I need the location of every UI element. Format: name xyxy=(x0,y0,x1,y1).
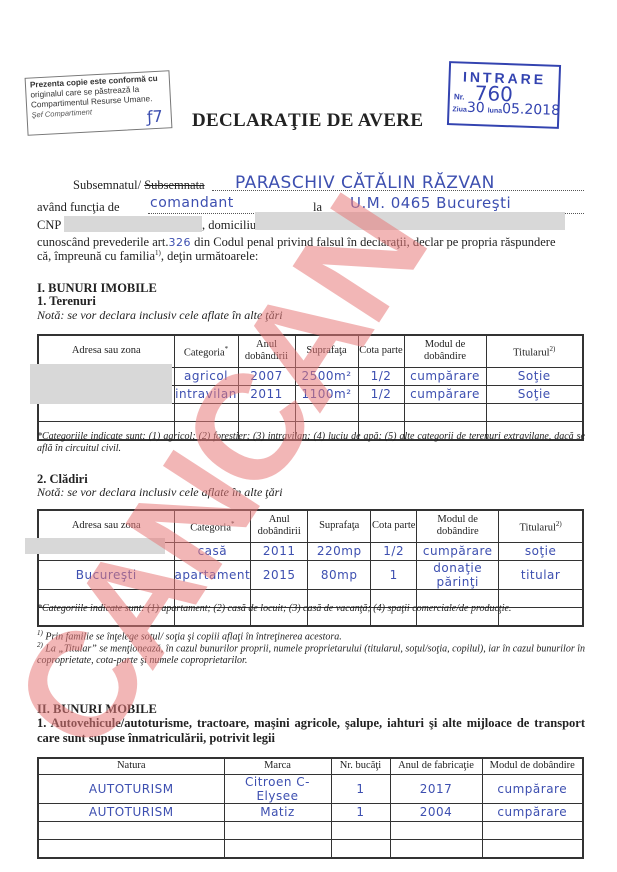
redacted-address xyxy=(255,212,565,230)
table-cell: 1/2 xyxy=(358,385,404,403)
table-cell: 2007 xyxy=(238,367,295,385)
table-cell: 1100m² xyxy=(295,385,358,403)
table-cell: agricol xyxy=(174,367,238,385)
table-cell: Matiz xyxy=(224,803,331,821)
family-line: că, împreună cu familia1), deţin următoa… xyxy=(37,249,258,264)
table-row xyxy=(38,821,583,839)
table-row: AUTOTURISMCitroen C-Elysee12017cumpărare xyxy=(38,774,583,803)
table-cell: cumpărare xyxy=(482,803,583,821)
table-cell xyxy=(404,403,486,421)
table-cell: 1/2 xyxy=(358,367,404,385)
functia-value: comandant xyxy=(150,195,234,211)
table-cell: 1 xyxy=(371,560,417,589)
table-cell: Citroen C-Elysee xyxy=(224,774,331,803)
table-cell: 2015 xyxy=(251,560,308,589)
column-header: Titularul2) xyxy=(499,510,583,542)
column-header: Cota parte xyxy=(371,510,417,542)
subsemnatul-label: Subsemnatul/ xyxy=(73,178,141,192)
column-header: Anul dobândirii xyxy=(251,510,308,542)
subsemnata-label: Subsemnata xyxy=(144,178,204,192)
table-cell xyxy=(482,839,583,858)
table-row: Bucureştiapartament201580mp1donaţie pări… xyxy=(38,560,583,589)
table-row xyxy=(38,403,583,421)
table-cell: Soţie xyxy=(486,385,583,403)
declaration-line: cunoscând prevederile art.326 din Codul … xyxy=(37,235,587,250)
terenuri-heading: 1. Terenuri xyxy=(37,294,96,309)
table-cell: 1 xyxy=(331,803,390,821)
column-header: Anul de fabricaţie xyxy=(390,758,482,774)
table-cell: 1 xyxy=(331,774,390,803)
table-cell: cumpărare xyxy=(482,774,583,803)
signature: ƒ7 xyxy=(147,112,163,123)
column-header: Suprafaţa xyxy=(295,335,358,367)
registry-stamp: INTRARE Nr.760 Ziua30luna05.2018 xyxy=(447,61,561,129)
declarant-name: PARASCHIV CĂTĂLIN RĂZVAN xyxy=(235,173,495,193)
table-cell: apartament xyxy=(174,560,251,589)
table-cell xyxy=(174,403,238,421)
month-value: 05.2018 xyxy=(502,101,560,119)
day-label: Ziua xyxy=(452,106,467,113)
table-header-row: Adresa sau zonaCategoria*Anul dobândirii… xyxy=(38,335,583,367)
footnote-2-text: La „Titular” se menţionează, în cazul bu… xyxy=(37,643,585,666)
table-cell: cumpărare xyxy=(404,385,486,403)
column-header: Categoria* xyxy=(174,510,251,542)
redacted-building-address xyxy=(25,538,165,554)
table-cell: 220mp xyxy=(308,542,371,560)
redacted-land-address xyxy=(30,364,172,404)
table-cell: donaţie părinţi xyxy=(417,560,499,589)
table-cell: 2004 xyxy=(390,803,482,821)
table-cell xyxy=(358,403,404,421)
column-header: Marca xyxy=(224,758,331,774)
table-cell: soţie xyxy=(499,542,583,560)
table-cell xyxy=(224,821,331,839)
la-value: U.M. 0465 Bucureşti xyxy=(350,194,511,212)
copy-conformity-stamp: Prezenta copie este conformă cu original… xyxy=(25,70,173,136)
section-mobile-heading: II. BUNURI MOBILE xyxy=(37,702,157,717)
cnp-label: CNP xyxy=(37,218,61,233)
domiciliu-label: , domiciliu xyxy=(202,218,256,233)
table-cell: intravilan xyxy=(174,385,238,403)
table-cell: 1/2 xyxy=(371,542,417,560)
table-cell xyxy=(238,403,295,421)
day-value: 30 xyxy=(467,100,485,117)
table-row xyxy=(38,839,583,858)
table-cell xyxy=(224,839,331,858)
column-header: Natura xyxy=(38,758,224,774)
column-header: Modul de dobândire xyxy=(417,510,499,542)
column-header: Titularul2) xyxy=(486,335,583,367)
terenuri-footnote: *Categoriile indicate sunt: (1) agricol;… xyxy=(37,431,585,455)
column-header: Categoria* xyxy=(174,335,238,367)
article-number: 326 xyxy=(169,236,192,249)
cladiri-footnote: *Categoriile indicate sunt: (1) apartame… xyxy=(37,603,511,615)
table-cell: 2500m² xyxy=(295,367,358,385)
table-cell: 2011 xyxy=(251,542,308,560)
column-header: Adresa sau zona xyxy=(38,335,174,367)
table-cell xyxy=(390,821,482,839)
table-cell: Soţie xyxy=(486,367,583,385)
family-pre: că, împreună cu familia xyxy=(37,249,155,263)
table-cell: AUTOTURISM xyxy=(38,774,224,803)
cladiri-note: Notă: se vor declara inclusiv cele aflat… xyxy=(37,485,283,500)
table-cell xyxy=(38,839,224,858)
table-cell: casă xyxy=(174,542,251,560)
terenuri-note: Notă: se vor declara inclusiv cele aflat… xyxy=(37,308,283,323)
table-row: AUTOTURISMMatiz12004cumpărare xyxy=(38,803,583,821)
vehicles-heading: 1. Autovehicule/autoturisme, tractoare, … xyxy=(37,716,585,746)
table-cell: cumpărare xyxy=(404,367,486,385)
table-header-row: NaturaMarcaNr. bucăţiAnul de fabricaţieM… xyxy=(38,758,583,774)
table-cell xyxy=(295,403,358,421)
month-label: luna xyxy=(488,107,503,114)
table-cell: AUTOTURISM xyxy=(38,803,224,821)
table-cell: cumpărare xyxy=(417,542,499,560)
column-header: Suprafaţa xyxy=(308,510,371,542)
table-cell: 2017 xyxy=(390,774,482,803)
table-cell: Bucureşti xyxy=(38,560,174,589)
page-title: DECLARAŢIE DE AVERE xyxy=(192,110,423,132)
column-header: Cota parte xyxy=(358,335,404,367)
table-cell xyxy=(482,821,583,839)
functia-label: având funcţia de xyxy=(37,200,120,215)
declaration-post: din Codul penal privind falsul în declar… xyxy=(194,235,555,249)
table-cell xyxy=(38,403,174,421)
vehicles-table: NaturaMarcaNr. bucăţiAnul de fabricaţieM… xyxy=(37,757,584,859)
table-cell xyxy=(390,839,482,858)
table-cell xyxy=(486,403,583,421)
column-header: Anul dobândirii xyxy=(238,335,295,367)
table-cell xyxy=(331,839,390,858)
family-post: , deţin următoarele: xyxy=(161,249,259,263)
table-cell xyxy=(331,821,390,839)
column-header: Modul de dobândire xyxy=(482,758,583,774)
declaration-pre: cunoscând prevederile art. xyxy=(37,235,169,249)
column-header: Modul de dobândire xyxy=(404,335,486,367)
redacted-cnp xyxy=(64,216,202,232)
table-cell: 2011 xyxy=(238,385,295,403)
table-cell: 80mp xyxy=(308,560,371,589)
footnote-2: 2) La „Titular” se menţionează, în cazul… xyxy=(37,639,585,667)
table-cell: titular xyxy=(499,560,583,589)
table-cell xyxy=(38,821,224,839)
column-header: Nr. bucăţi xyxy=(331,758,390,774)
